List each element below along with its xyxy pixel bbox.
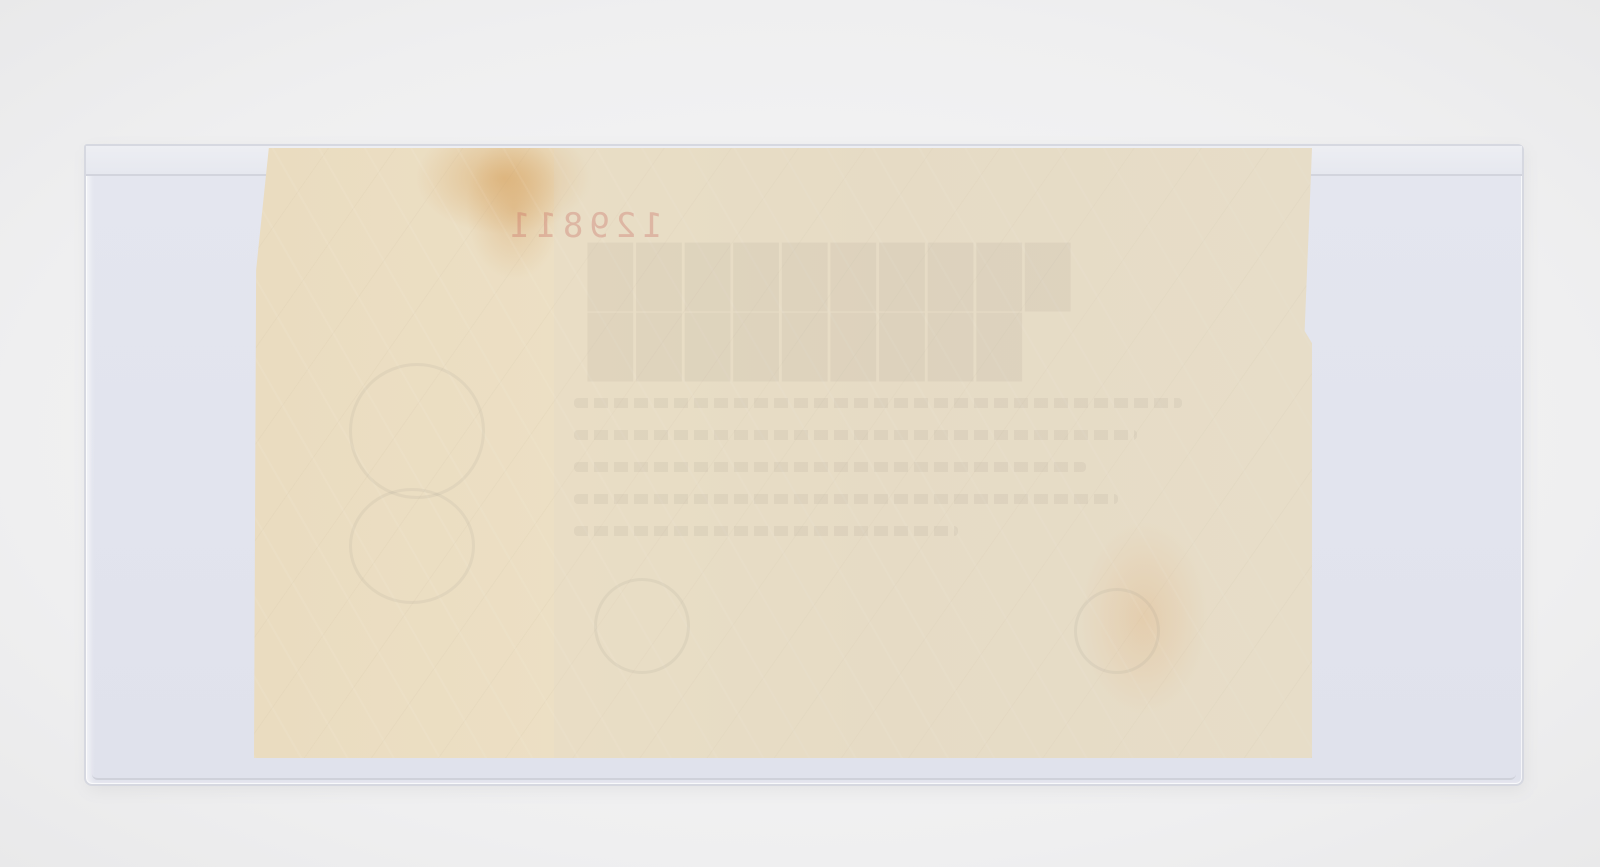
sleeve-bottom-edge (92, 772, 1516, 780)
ghost-text-block (574, 398, 1214, 558)
left-seal-icon (349, 363, 485, 499)
stamp-seal-icon (594, 578, 690, 674)
left-seal-lower-icon (349, 488, 475, 604)
banknote: 129811 ██████████ █████████ illegible mi… (254, 148, 1312, 758)
ghost-title-line-1: ██████████ (584, 243, 1070, 311)
stamp-seal-right-icon (1074, 588, 1160, 674)
serial-number-bleed-through: 129811 (504, 206, 663, 246)
ghost-title-line-2: █████████ (584, 313, 1021, 381)
